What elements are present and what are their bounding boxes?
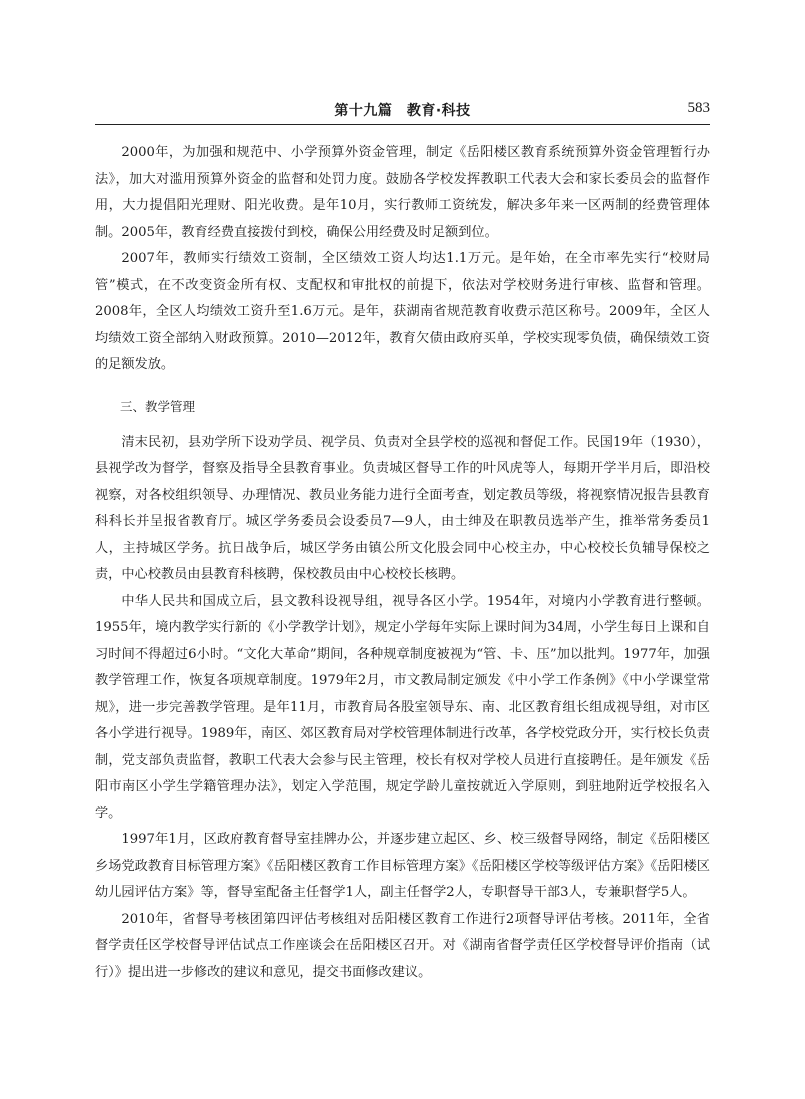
header-divider xyxy=(95,124,710,125)
paragraph-performance-pay: 2007年，教师实行绩效工资制，全区绩效工资人均达1.1万元。是年始，在全市率先… xyxy=(95,246,710,379)
chapter-title: 第十九篇 教育·科技 xyxy=(95,100,710,120)
page-number: 583 xyxy=(688,100,711,117)
paragraph-2010-evaluation: 2010年，省督导考核团第四评估考核组对岳阳楼区教育工作进行2项督导评估考核。2… xyxy=(95,907,710,987)
paragraph-prc-founding: 中华人民共和国成立后，县文教科设视导组，视导各区小学。1954年，对境内小学教育… xyxy=(95,589,710,828)
paragraph-1997-supervision: 1997年1月，区政府教育督导室挂牌办公，并逐步建立起区、乡、校三级督导网络，制… xyxy=(95,827,710,907)
document-page: 第十九篇 教育·科技 583 2000年，为加强和规范中、小学预算外资金管理，制… xyxy=(0,0,805,1099)
body-text: 2000年，为加强和规范中、小学预算外资金管理，制定《岳阳楼区教育系统预算外资金… xyxy=(95,140,710,986)
paragraph-late-qing: 清末民初，县劝学所下设劝学员、视学员、负责对全县学校的巡视和督促工作。民国19年… xyxy=(95,430,710,589)
paragraph-budget-management: 2000年，为加强和规范中、小学预算外资金管理，制定《岳阳楼区教育系统预算外资金… xyxy=(95,140,710,246)
section-heading: 三、教学管理 xyxy=(95,396,710,418)
running-header: 第十九篇 教育·科技 583 xyxy=(95,100,710,122)
